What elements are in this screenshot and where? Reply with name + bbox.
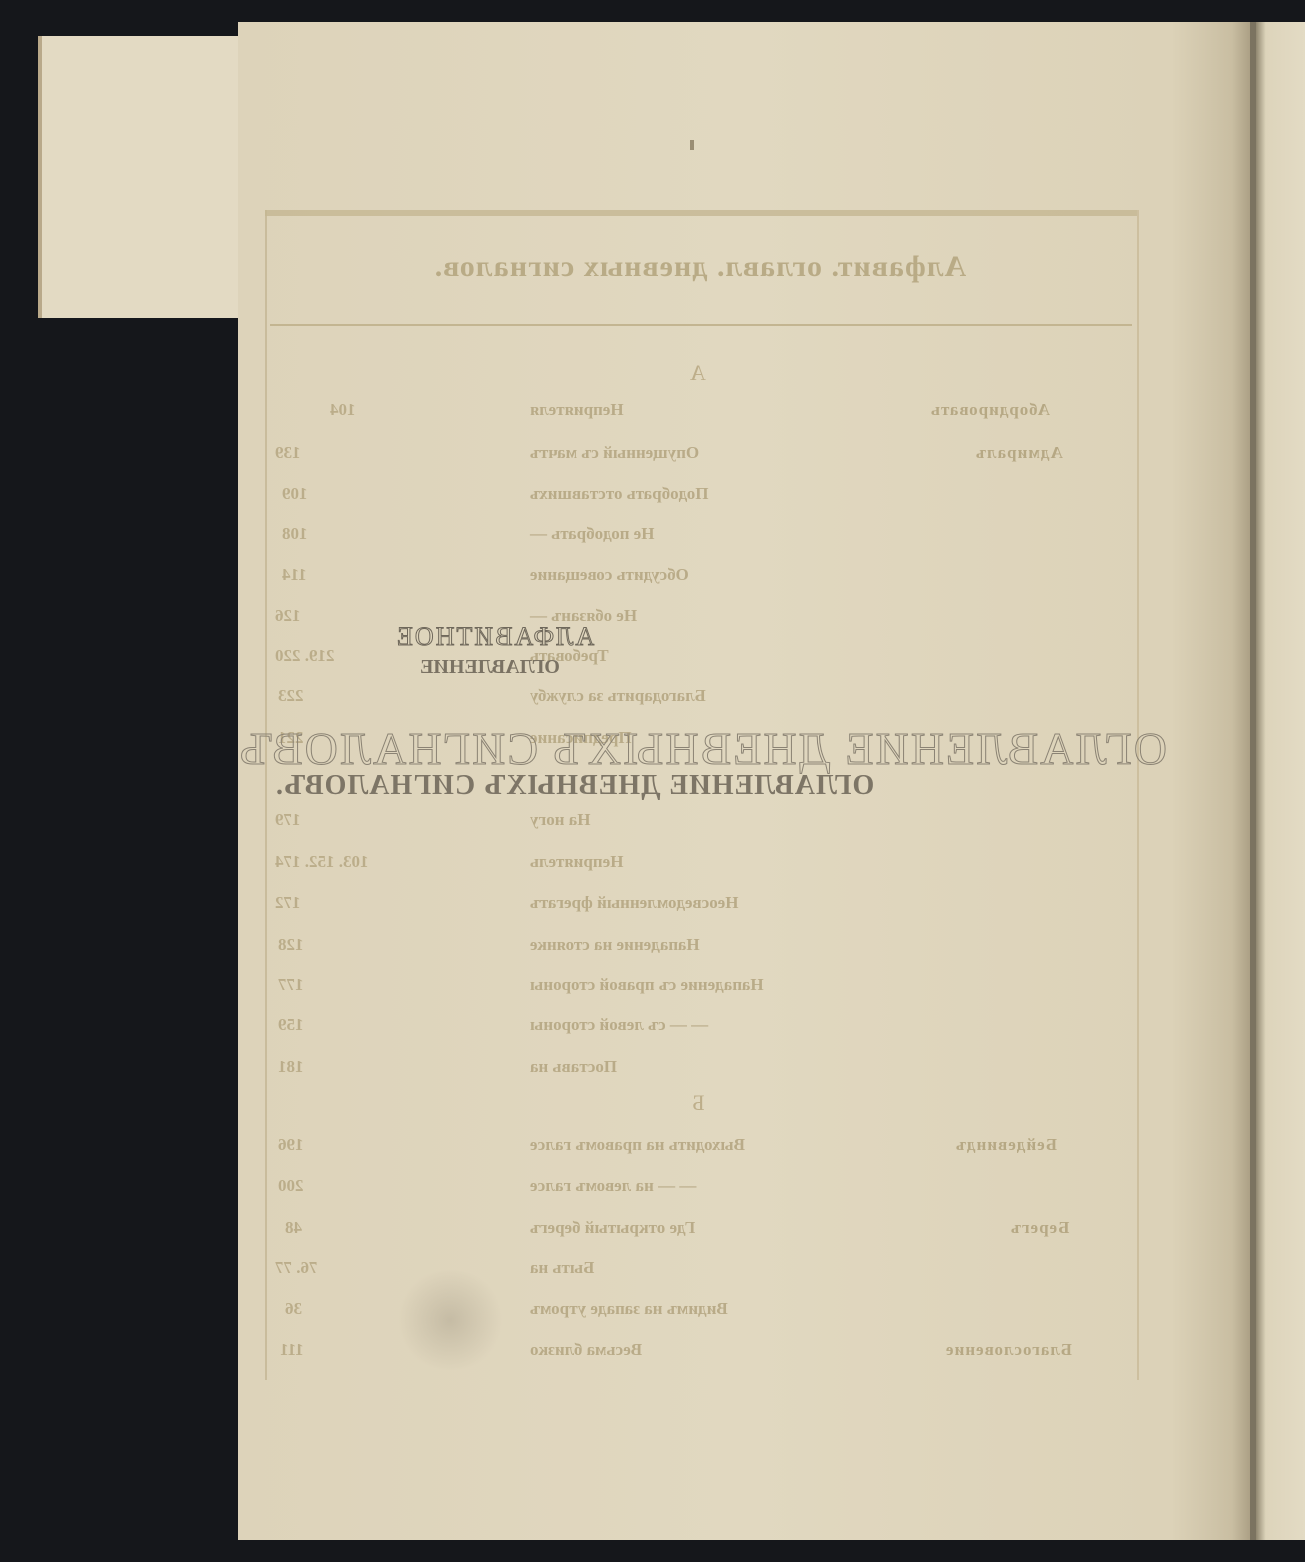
page-number: 103. 152. 174 (275, 852, 369, 872)
page-number: 177 (278, 975, 304, 995)
index-entry: Видимъ на западе утромъ (530, 1299, 830, 1319)
offset-stamp-solid: ОГЛАВЛЕНИЕ (420, 656, 560, 679)
index-entry: Опущенный съ мачтъ (530, 443, 830, 463)
index-entry: Неосведомленный фрегатъ (530, 893, 830, 913)
keyword: Берегъ (1010, 1218, 1069, 1238)
folded-paper-flap (38, 36, 242, 318)
page-number: 159 (278, 1015, 304, 1035)
keyword: Адмиралъ (975, 443, 1063, 463)
keyword: Абордировать (930, 400, 1050, 420)
page-number: 181 (278, 1057, 304, 1077)
index-entry: Где открытый берегъ (530, 1218, 830, 1238)
offset-stamp-solid: ОГЛАВЛЕНИЕ ДНЕВНЫХЪ СИГНАЛОВЪ. (275, 770, 874, 802)
page-number: 126 (275, 606, 301, 626)
title-divider (270, 324, 1132, 326)
index-entry: — — съ левой стороны (530, 1015, 830, 1035)
index-entry: Неприятеля (530, 400, 830, 420)
page-number: 76. 77 (275, 1258, 318, 1278)
keyword: Бейдевиндъ (955, 1135, 1057, 1155)
page-number: 114 (282, 565, 307, 585)
index-entry: Поставь на (530, 1057, 830, 1077)
index-entry: — — на левомъ галсе (530, 1176, 830, 1196)
section-letter-b: Б (692, 1090, 705, 1116)
page-number: 109 (282, 484, 308, 504)
offset-stamp-outline: ОГЛАВЛЕНИЕ ДНЕВНЫХЪ СИГНАЛОВЪ (238, 722, 1167, 775)
page-title: Алфавит. оглавл. дневных сигналов. (300, 250, 1100, 284)
page-number: 139 (275, 443, 301, 463)
keyword: Благословение (945, 1340, 1072, 1360)
ink-mark (690, 140, 694, 150)
index-entry: На ногу (530, 810, 830, 830)
page-number: 196 (278, 1135, 304, 1155)
stain-smudge (395, 1270, 505, 1370)
index-entry: Обсудить совещание (530, 565, 830, 585)
section-letter-a: А (690, 360, 706, 386)
index-entry: Весьма близко (530, 1340, 830, 1360)
page-number: 108 (282, 524, 308, 544)
page-number: 200 (278, 1176, 304, 1196)
page-number: 111 (280, 1340, 304, 1360)
page-number: 104 (330, 400, 356, 420)
facing-page-edge (1256, 22, 1305, 1540)
index-entry: Неприятель (530, 852, 830, 872)
index-entry: Нападение на стоянке (530, 935, 830, 955)
index-entry: Быть на (530, 1258, 830, 1278)
page-number: 128 (278, 935, 304, 955)
page-number: 179 (275, 810, 301, 830)
index-entry: Нападение съ правой стороны (530, 975, 830, 995)
page-number: 172 (275, 893, 301, 913)
index-entry: Подобрать отставшихъ (530, 484, 830, 504)
index-entry: Благодарить за службу (530, 686, 830, 706)
page-number: 223 (278, 686, 304, 706)
page-number: 36 (285, 1299, 302, 1319)
index-entry: Не подобрать — (530, 524, 830, 544)
table-frame-top-rule (265, 210, 1137, 216)
index-entry: Выходить на правомъ галсе (530, 1135, 830, 1155)
page-number: 219. 220 (275, 646, 335, 666)
page-number: 48 (285, 1218, 302, 1238)
offset-stamp-outline: АЛФАВИТНОЕ (395, 622, 594, 652)
